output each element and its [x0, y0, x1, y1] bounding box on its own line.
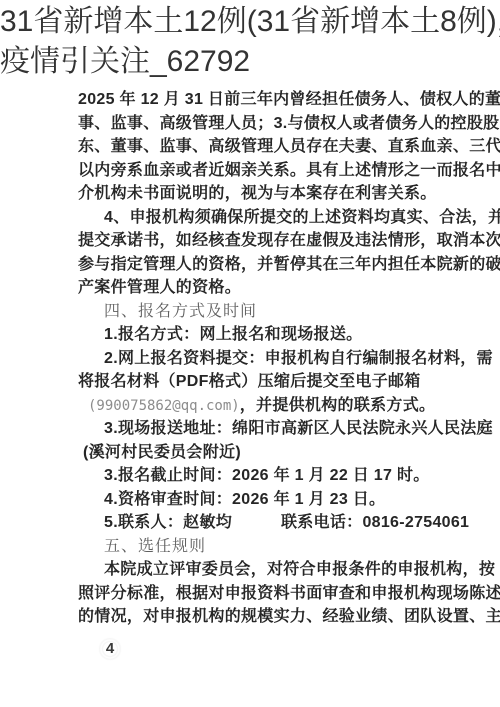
doc-line: 5.联系人：赵敏均 联系电话：0816-2754061	[78, 511, 478, 535]
doc-line-email: (990075862@qq.com)	[88, 398, 240, 414]
doc-line: 东、董事、监事、高级管理人员存在夫妻、直系血亲、三代	[78, 135, 478, 159]
doc-line: 以内旁系血亲或者近姻亲关系。具有上述情形之一而报名中	[78, 159, 478, 183]
page-title: 31省新增本土12例(31省新增本土8例)，任丘 疫情引关注_62792	[0, 0, 500, 82]
page-number: 4	[97, 636, 123, 662]
doc-line: 五、选任规则	[78, 535, 478, 559]
doc-line: 将报名材料（PDF格式）压缩后提交至电子邮箱	[78, 370, 478, 394]
scanned-document-body: 2025 年 12 月 31 日前三年内曾经担任债务人、债权人的董事、监事、高级…	[78, 88, 478, 629]
doc-line: 照评分标准，根据对申报资料书面审查和申报机构现场陈述	[78, 582, 478, 606]
doc-line: 介机构未书面说明的，视为与本案存在利害关系。	[78, 182, 478, 206]
doc-line: 4.资格审查时间：2026 年 1 月 23 日。	[78, 488, 478, 512]
doc-line: (溪河村民委员会附近)	[78, 441, 478, 465]
doc-line: 3.现场报送地址：绵阳市高新区人民法院永兴人民法庭	[78, 417, 478, 441]
doc-line: 的情况，对申报机构的规模实力、经验业绩、团队设置、主	[78, 605, 478, 629]
page-title-line-2: 疫情引关注_62792	[0, 42, 500, 82]
doc-line: 提交承诺书，如经核查发现存在虚假及违法情形，取消本次	[78, 229, 478, 253]
doc-line: 4、申报机构须确保所提交的上述资料均真实、合法，并	[78, 206, 478, 230]
doc-line: 1.报名方式：网上报名和现场报送。	[78, 323, 478, 347]
doc-line: 产案件管理人的资格。	[78, 276, 478, 300]
doc-line: 四、报名方式及时间	[78, 300, 478, 324]
doc-line: 2.网上报名资料提交：申报机构自行编制报名材料，需	[78, 347, 478, 371]
page-title-line-1: 31省新增本土12例(31省新增本土8例)，任丘	[0, 2, 500, 42]
doc-line: 2025 年 12 月 31 日前三年内曾经担任债务人、债权人的董	[78, 88, 478, 112]
doc-line: 参与指定管理人的资格，并暂停其在三年内担任本院新的破	[78, 253, 478, 277]
doc-line: (990075862@qq.com)，并提供机构的联系方式。	[78, 394, 478, 418]
doc-line: 事、监事、高级管理人员；3.与债权人或者债务人的控股股	[78, 112, 478, 136]
doc-line: 3.报名截止时间：2026 年 1 月 22 日 17 时。	[78, 464, 478, 488]
doc-line-text: ，并提供机构的联系方式。	[240, 397, 436, 414]
doc-line: 本院成立评审委员会，对符合申报条件的申报机构，按	[78, 558, 478, 582]
